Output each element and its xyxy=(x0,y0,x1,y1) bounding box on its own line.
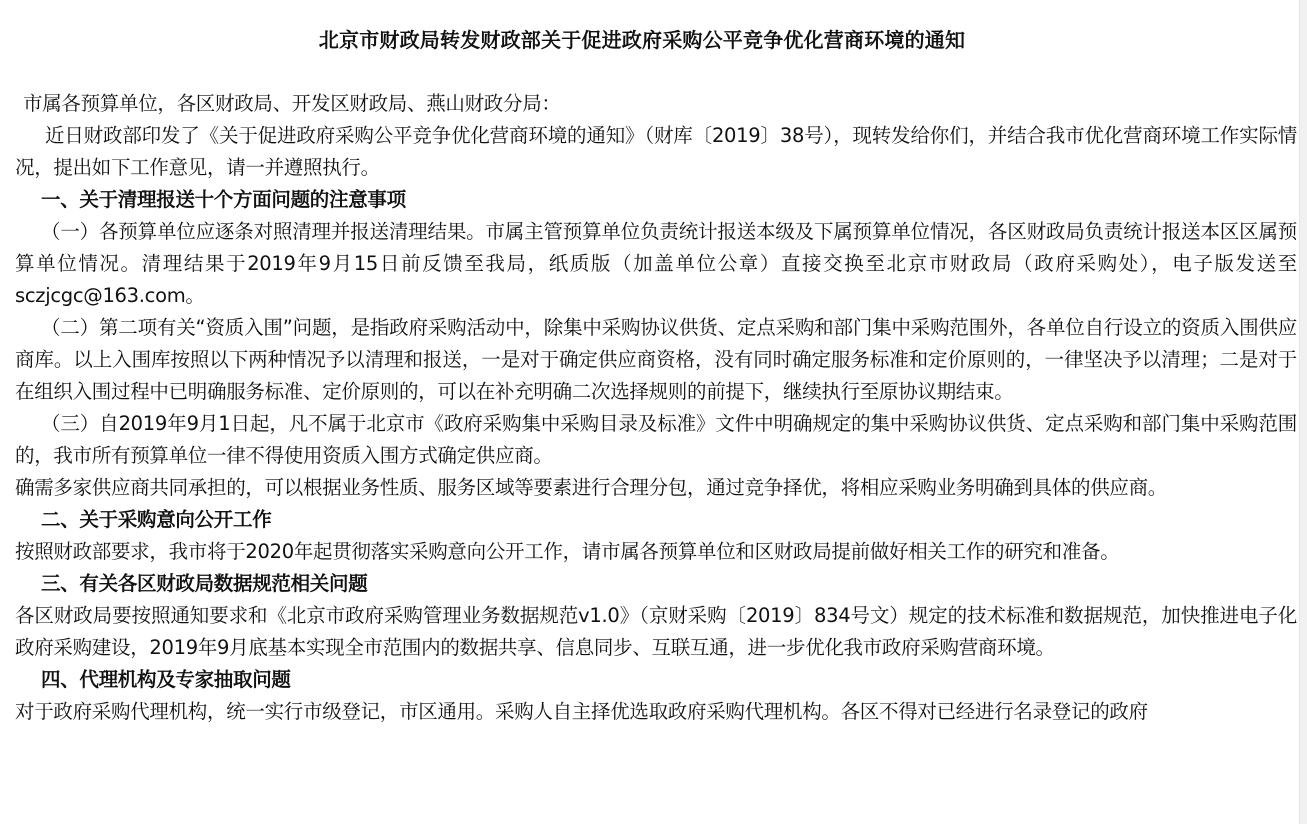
vertical-scrollbar[interactable] xyxy=(1299,0,1307,824)
document-body: 市属各预算单位，各区财政局、开发区财政局、燕山财政分局： 近日财政部印发了《关于… xyxy=(15,88,1297,728)
intro-paragraph: 近日财政部印发了《关于促进政府采购公平竞争优化营商环境的通知》（财库〔2019〕… xyxy=(15,120,1297,184)
section-4-paragraph: 对于政府采购代理机构，统一实行市级登记，市区通用。采购人自主择优选取政府采购代理… xyxy=(15,696,1297,728)
section-heading-1: 一、关于清理报送十个方面问题的注意事项 xyxy=(15,184,1297,216)
section-2-paragraph: 按照财政部要求，我市将于2020年起贯彻落实采购意向公开工作，请市属各预算单位和… xyxy=(15,536,1297,568)
section-1-item-4: 确需多家供应商共同承担的，可以根据业务性质、服务区域等要素进行合理分包，通过竞争… xyxy=(15,472,1297,504)
section-heading-4: 四、代理机构及专家抽取问题 xyxy=(15,664,1297,696)
section-1-item-1: （一）各预算单位应逐条对照清理并报送清理结果。市属主管预算单位负责统计报送本级及… xyxy=(15,216,1297,312)
document-title: 北京市财政局转发财政部关于促进政府采购公平竞争优化营商环境的通知 xyxy=(0,24,1284,56)
document-page: 北京市财政局转发财政部关于促进政府采购公平竞争优化营商环境的通知 市属各预算单位… xyxy=(0,0,1300,824)
section-3-paragraph: 各区财政局要按照通知要求和《北京市政府采购管理业务数据规范v1.0》（京财采购〔… xyxy=(15,600,1297,664)
section-1-item-2: （二）第二项有关“资质入围”问题，是指政府采购活动中，除集中采购协议供货、定点采… xyxy=(15,312,1297,408)
section-heading-2: 二、关于采购意向公开工作 xyxy=(15,504,1297,536)
salutation: 市属各预算单位，各区财政局、开发区财政局、燕山财政分局： xyxy=(15,88,1297,120)
section-1-item-3: （三）自2019年9月1日起，凡不属于北京市《政府采购集中采购目录及标准》文件中… xyxy=(15,408,1297,472)
section-heading-3: 三、有关各区财政局数据规范相关问题 xyxy=(15,568,1297,600)
